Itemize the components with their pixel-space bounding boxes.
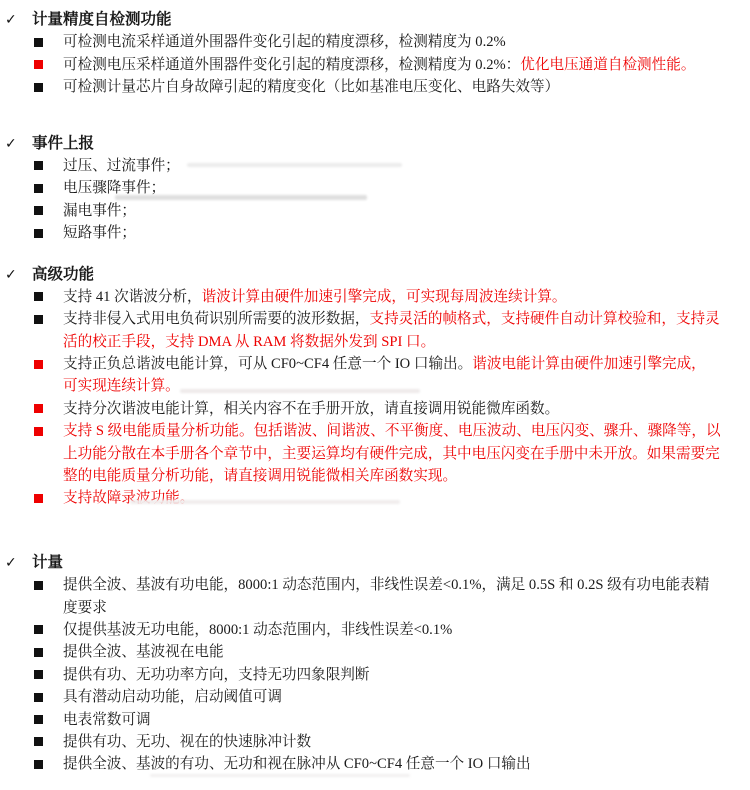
item-line: 整的电能质量分析功能，请直接调用锐能微相关库函数实现。 xyxy=(63,465,750,487)
bullet-list: 过压、过流事件；电压骤降事件；漏电事件；短路事件； xyxy=(0,155,750,245)
square-bullet-icon xyxy=(34,83,43,92)
section-header: ✓计量精度自检测功能 xyxy=(0,9,750,31)
square-bullet-icon xyxy=(34,760,43,769)
list-item: 仅提供基波无功电能，8000:1 动态范围内，非线性误差<0.1% xyxy=(0,619,750,641)
square-bullet-icon xyxy=(34,581,43,590)
section: ✓高级功能支持 41 次谐波分析，谐波计算由硬件加速引擎完成，可实现每周波连续计… xyxy=(0,264,750,510)
item-line: 仅提供基波无功电能，8000:1 动态范围内，非线性误差<0.1% xyxy=(63,619,750,641)
item-text: 过压、过流事件； xyxy=(63,155,750,177)
item-line: 提供有功、无功功率方向，支持无功四象限判断 xyxy=(63,664,750,686)
item-text: 支持 S 级电能质量分析功能。包括谐波、间谐波、不平衡度、电压波动、电压闪变、骤… xyxy=(63,420,750,487)
list-item: 具有潜动启动功能，启动阈值可调 xyxy=(0,686,750,708)
text-segment: 支持灵活的帧格式，支持硬件自动计算校验和，支持灵 xyxy=(369,311,719,327)
text-segment: 上功能分散在本手册各个章节中，主要运算均有硬件完成，其中电压闪变在手册中未开放。… xyxy=(63,446,720,462)
text-segment: 提供有功、无功、视在的快速脉冲计数 xyxy=(63,734,311,750)
list-item: 电表常数可调 xyxy=(0,709,750,731)
item-text: 电表常数可调 xyxy=(63,709,750,731)
square-bullet-icon xyxy=(34,38,43,47)
text-segment: 电压骤降事件； xyxy=(63,180,165,196)
list-item: 支持非侵入式用电负荷识别所需要的波形数据，支持灵活的帧格式，支持硬件自动计算校验… xyxy=(0,308,750,353)
text-segment: 活的校正手段，支持 DMA 从 RAM 将数据外发到 SPI 口。 xyxy=(63,334,435,350)
text-segment: 支持非侵入式用电负荷识别所需要的波形数据， xyxy=(63,311,369,327)
square-bullet-icon xyxy=(34,404,43,413)
square-bullet-icon xyxy=(34,315,43,324)
item-text: 漏电事件； xyxy=(63,200,750,222)
item-line: 支持正负总谐波电能计算，可从 CF0~CF4 任意一个 IO 口输出。谐波电能计… xyxy=(63,353,750,375)
text-segment: 度要求 xyxy=(63,600,107,616)
item-line: 可检测计量芯片自身故障引起的精度变化（比如基准电压变化、电路失效等） xyxy=(63,76,750,98)
item-line: 活的校正手段，支持 DMA 从 RAM 将数据外发到 SPI 口。 xyxy=(63,331,750,353)
document-page: ✓计量精度自检测功能可检测电流采样通道外围器件变化引起的精度漂移，检测精度为 0… xyxy=(0,0,750,790)
check-icon: ✓ xyxy=(5,264,32,286)
text-segment: 提供全波、基波有功电能，8000:1 动态范围内，非线性误差<0.1%，满足 0… xyxy=(63,577,709,593)
item-text: 提供全波、基波视在电能 xyxy=(63,641,750,663)
text-segment: 谐波电能计算由硬件加速引擎完成， xyxy=(472,356,706,372)
list-item: 短路事件； xyxy=(0,222,750,244)
text-segment: 支持正负总谐波电能计算，可从 CF0~CF4 任意一个 IO 口输出。 xyxy=(63,356,472,372)
item-text: 可检测计量芯片自身故障引起的精度变化（比如基准电压变化、电路失效等） xyxy=(63,76,750,98)
square-bullet-icon xyxy=(34,161,43,170)
section-title: 计量 xyxy=(32,552,63,574)
list-item: 提供全波、基波有功电能，8000:1 动态范围内，非线性误差<0.1%，满足 0… xyxy=(0,574,750,619)
square-bullet-icon xyxy=(34,715,43,724)
item-text: 可检测电压采样通道外围器件变化引起的精度漂移，检测精度为 0.2%：优化电压通道… xyxy=(63,54,750,76)
list-item: 提供全波、基波的有功、无功和视在脉冲从 CF0~CF4 任意一个 IO 口输出 xyxy=(0,753,750,775)
square-bullet-icon xyxy=(34,229,43,238)
scan-artifact xyxy=(115,195,367,200)
section: ✓计量精度自检测功能可检测电流采样通道外围器件变化引起的精度漂移，检测精度为 0… xyxy=(0,9,750,99)
list-item: 可检测电流采样通道外围器件变化引起的精度漂移，检测精度为 0.2% xyxy=(0,31,750,53)
item-line: 提供全波、基波有功电能，8000:1 动态范围内，非线性误差<0.1%，满足 0… xyxy=(63,574,750,596)
text-segment: 仅提供基波无功电能，8000:1 动态范围内，非线性误差<0.1% xyxy=(63,622,452,638)
text-segment: 支持 S 级电能质量分析功能。包括谐波、间谐波、不平衡度、电压波动、电压闪变、骤… xyxy=(63,423,721,439)
item-text: 提供全波、基波的有功、无功和视在脉冲从 CF0~CF4 任意一个 IO 口输出 xyxy=(63,753,750,775)
item-text: 仅提供基波无功电能，8000:1 动态范围内，非线性误差<0.1% xyxy=(63,619,750,641)
scan-artifact xyxy=(180,389,420,393)
square-bullet-icon xyxy=(34,292,43,301)
list-item: 提供有功、无功功率方向，支持无功四象限判断 xyxy=(0,664,750,686)
item-text: 可检测电流采样通道外围器件变化引起的精度漂移，检测精度为 0.2% xyxy=(63,31,750,53)
item-line: 提供全波、基波视在电能 xyxy=(63,641,750,663)
check-icon: ✓ xyxy=(5,9,32,31)
square-bullet-icon xyxy=(34,737,43,746)
item-line: 支持非侵入式用电负荷识别所需要的波形数据，支持灵活的帧格式，支持硬件自动计算校验… xyxy=(63,308,750,330)
item-text: 支持非侵入式用电负荷识别所需要的波形数据，支持灵活的帧格式，支持硬件自动计算校验… xyxy=(63,308,750,353)
item-text: 具有潜动启动功能，启动阈值可调 xyxy=(63,686,750,708)
item-line: 提供有功、无功、视在的快速脉冲计数 xyxy=(63,731,750,753)
text-segment: 过压、过流事件； xyxy=(63,158,180,174)
list-item: 支持 41 次谐波分析，谐波计算由硬件加速引擎完成，可实现每周波连续计算。 xyxy=(0,286,750,308)
text-segment: 谐波计算由硬件加速引擎完成，可实现每周波连续计算。 xyxy=(202,289,567,305)
item-line: 支持 41 次谐波分析，谐波计算由硬件加速引擎完成，可实现每周波连续计算。 xyxy=(63,286,750,308)
text-segment: 电表常数可调 xyxy=(63,712,151,728)
text-segment: 支持分次谐波电能计算，相关内容不在手册开放，请直接调用锐能微库函数。 xyxy=(63,401,559,417)
text-segment: 提供全波、基波的有功、无功和视在脉冲从 CF0~CF4 任意一个 IO 口输出 xyxy=(63,756,531,772)
text-segment: 具有潜动启动功能，启动阈值可调 xyxy=(63,689,282,705)
item-line: 上功能分散在本手册各个章节中，主要运算均有硬件完成，其中电压闪变在手册中未开放。… xyxy=(63,443,750,465)
square-bullet-icon xyxy=(34,494,43,503)
item-line: 可检测电流采样通道外围器件变化引起的精度漂移，检测精度为 0.2% xyxy=(63,31,750,53)
list-item: 可检测电压采样通道外围器件变化引起的精度漂移，检测精度为 0.2%：优化电压通道… xyxy=(0,54,750,76)
item-text: 支持分次谐波电能计算，相关内容不在手册开放，请直接调用锐能微库函数。 xyxy=(63,398,750,420)
item-text: 支持 41 次谐波分析，谐波计算由硬件加速引擎完成，可实现每周波连续计算。 xyxy=(63,286,750,308)
square-bullet-icon xyxy=(34,360,43,369)
section-title: 计量精度自检测功能 xyxy=(32,9,172,31)
list-item: 可检测计量芯片自身故障引起的精度变化（比如基准电压变化、电路失效等） xyxy=(0,76,750,98)
check-icon: ✓ xyxy=(5,552,32,574)
text-segment: 支持故障录波功能。 xyxy=(63,490,194,506)
scan-artifact xyxy=(187,163,402,167)
item-line: 可检测电压采样通道外围器件变化引起的精度漂移，检测精度为 0.2%：优化电压通道… xyxy=(63,54,750,76)
text-segment: 可检测电压采样通道外围器件变化引起的精度漂移，检测精度为 0.2%： xyxy=(63,57,520,73)
bullet-list: 可检测电流采样通道外围器件变化引起的精度漂移，检测精度为 0.2%可检测电压采样… xyxy=(0,31,750,98)
item-line: 过压、过流事件； xyxy=(63,155,750,177)
section-header: ✓事件上报 xyxy=(0,133,750,155)
item-line: 支持分次谐波电能计算，相关内容不在手册开放，请直接调用锐能微库函数。 xyxy=(63,398,750,420)
scan-artifact xyxy=(130,500,400,504)
bullet-list: 支持 41 次谐波分析，谐波计算由硬件加速引擎完成，可实现每周波连续计算。支持非… xyxy=(0,286,750,510)
text-segment: 可检测计量芯片自身故障引起的精度变化（比如基准电压变化、电路失效等） xyxy=(63,79,559,95)
list-item: 支持故障录波功能。 xyxy=(0,487,750,509)
section: ✓计量提供全波、基波有功电能，8000:1 动态范围内，非线性误差<0.1%，满… xyxy=(0,552,750,776)
text-segment: 漏电事件； xyxy=(63,203,136,219)
item-line: 度要求 xyxy=(63,597,750,619)
item-line: 漏电事件； xyxy=(63,200,750,222)
section-header: ✓计量 xyxy=(0,552,750,574)
item-line: 短路事件； xyxy=(63,222,750,244)
text-segment: 短路事件； xyxy=(63,225,136,241)
item-line: 电表常数可调 xyxy=(63,709,750,731)
square-bullet-icon xyxy=(34,184,43,193)
list-item: 电压骤降事件； xyxy=(0,177,750,199)
item-line: 可实现连续计算。 xyxy=(63,375,750,397)
text-segment: 提供全波、基波视在电能 xyxy=(63,644,224,660)
section: ✓事件上报过压、过流事件；电压骤降事件；漏电事件；短路事件； xyxy=(0,133,750,245)
list-item: 漏电事件； xyxy=(0,200,750,222)
square-bullet-icon xyxy=(34,427,43,436)
list-item: 支持 S 级电能质量分析功能。包括谐波、间谐波、不平衡度、电压波动、电压闪变、骤… xyxy=(0,420,750,487)
item-text: 提供有功、无功、视在的快速脉冲计数 xyxy=(63,731,750,753)
text-segment: 可实现连续计算。 xyxy=(63,378,180,394)
section-title: 事件上报 xyxy=(32,133,94,155)
scan-artifact xyxy=(150,774,410,777)
item-line: 支持 S 级电能质量分析功能。包括谐波、间谐波、不平衡度、电压波动、电压闪变、骤… xyxy=(63,420,750,442)
text-segment: 提供有功、无功功率方向，支持无功四象限判断 xyxy=(63,667,369,683)
text-segment: 优化电压通道自检测性能。 xyxy=(520,57,695,73)
item-text: 提供有功、无功功率方向，支持无功四象限判断 xyxy=(63,664,750,686)
square-bullet-icon xyxy=(34,693,43,702)
list-item: 提供全波、基波视在电能 xyxy=(0,641,750,663)
text-segment: 整的电能质量分析功能，请直接调用锐能微相关库函数实现。 xyxy=(63,468,457,484)
section-title: 高级功能 xyxy=(32,264,94,286)
item-line: 支持故障录波功能。 xyxy=(63,487,750,509)
section-header: ✓高级功能 xyxy=(0,264,750,286)
item-text: 支持故障录波功能。 xyxy=(63,487,750,509)
square-bullet-icon xyxy=(34,60,43,69)
text-segment: 可检测电流采样通道外围器件变化引起的精度漂移，检测精度为 0.2% xyxy=(63,34,506,50)
item-line: 具有潜动启动功能，启动阈值可调 xyxy=(63,686,750,708)
list-item: 提供有功、无功、视在的快速脉冲计数 xyxy=(0,731,750,753)
item-text: 提供全波、基波有功电能，8000:1 动态范围内，非线性误差<0.1%，满足 0… xyxy=(63,574,750,619)
item-text: 短路事件； xyxy=(63,222,750,244)
text-segment: 支持 41 次谐波分析， xyxy=(63,289,202,305)
check-icon: ✓ xyxy=(5,133,32,155)
square-bullet-icon xyxy=(34,206,43,215)
square-bullet-icon xyxy=(34,648,43,657)
list-item: 支持分次谐波电能计算，相关内容不在手册开放，请直接调用锐能微库函数。 xyxy=(0,398,750,420)
square-bullet-icon xyxy=(34,670,43,679)
item-line: 提供全波、基波的有功、无功和视在脉冲从 CF0~CF4 任意一个 IO 口输出 xyxy=(63,753,750,775)
square-bullet-icon xyxy=(34,625,43,634)
bullet-list: 提供全波、基波有功电能，8000:1 动态范围内，非线性误差<0.1%，满足 0… xyxy=(0,574,750,776)
